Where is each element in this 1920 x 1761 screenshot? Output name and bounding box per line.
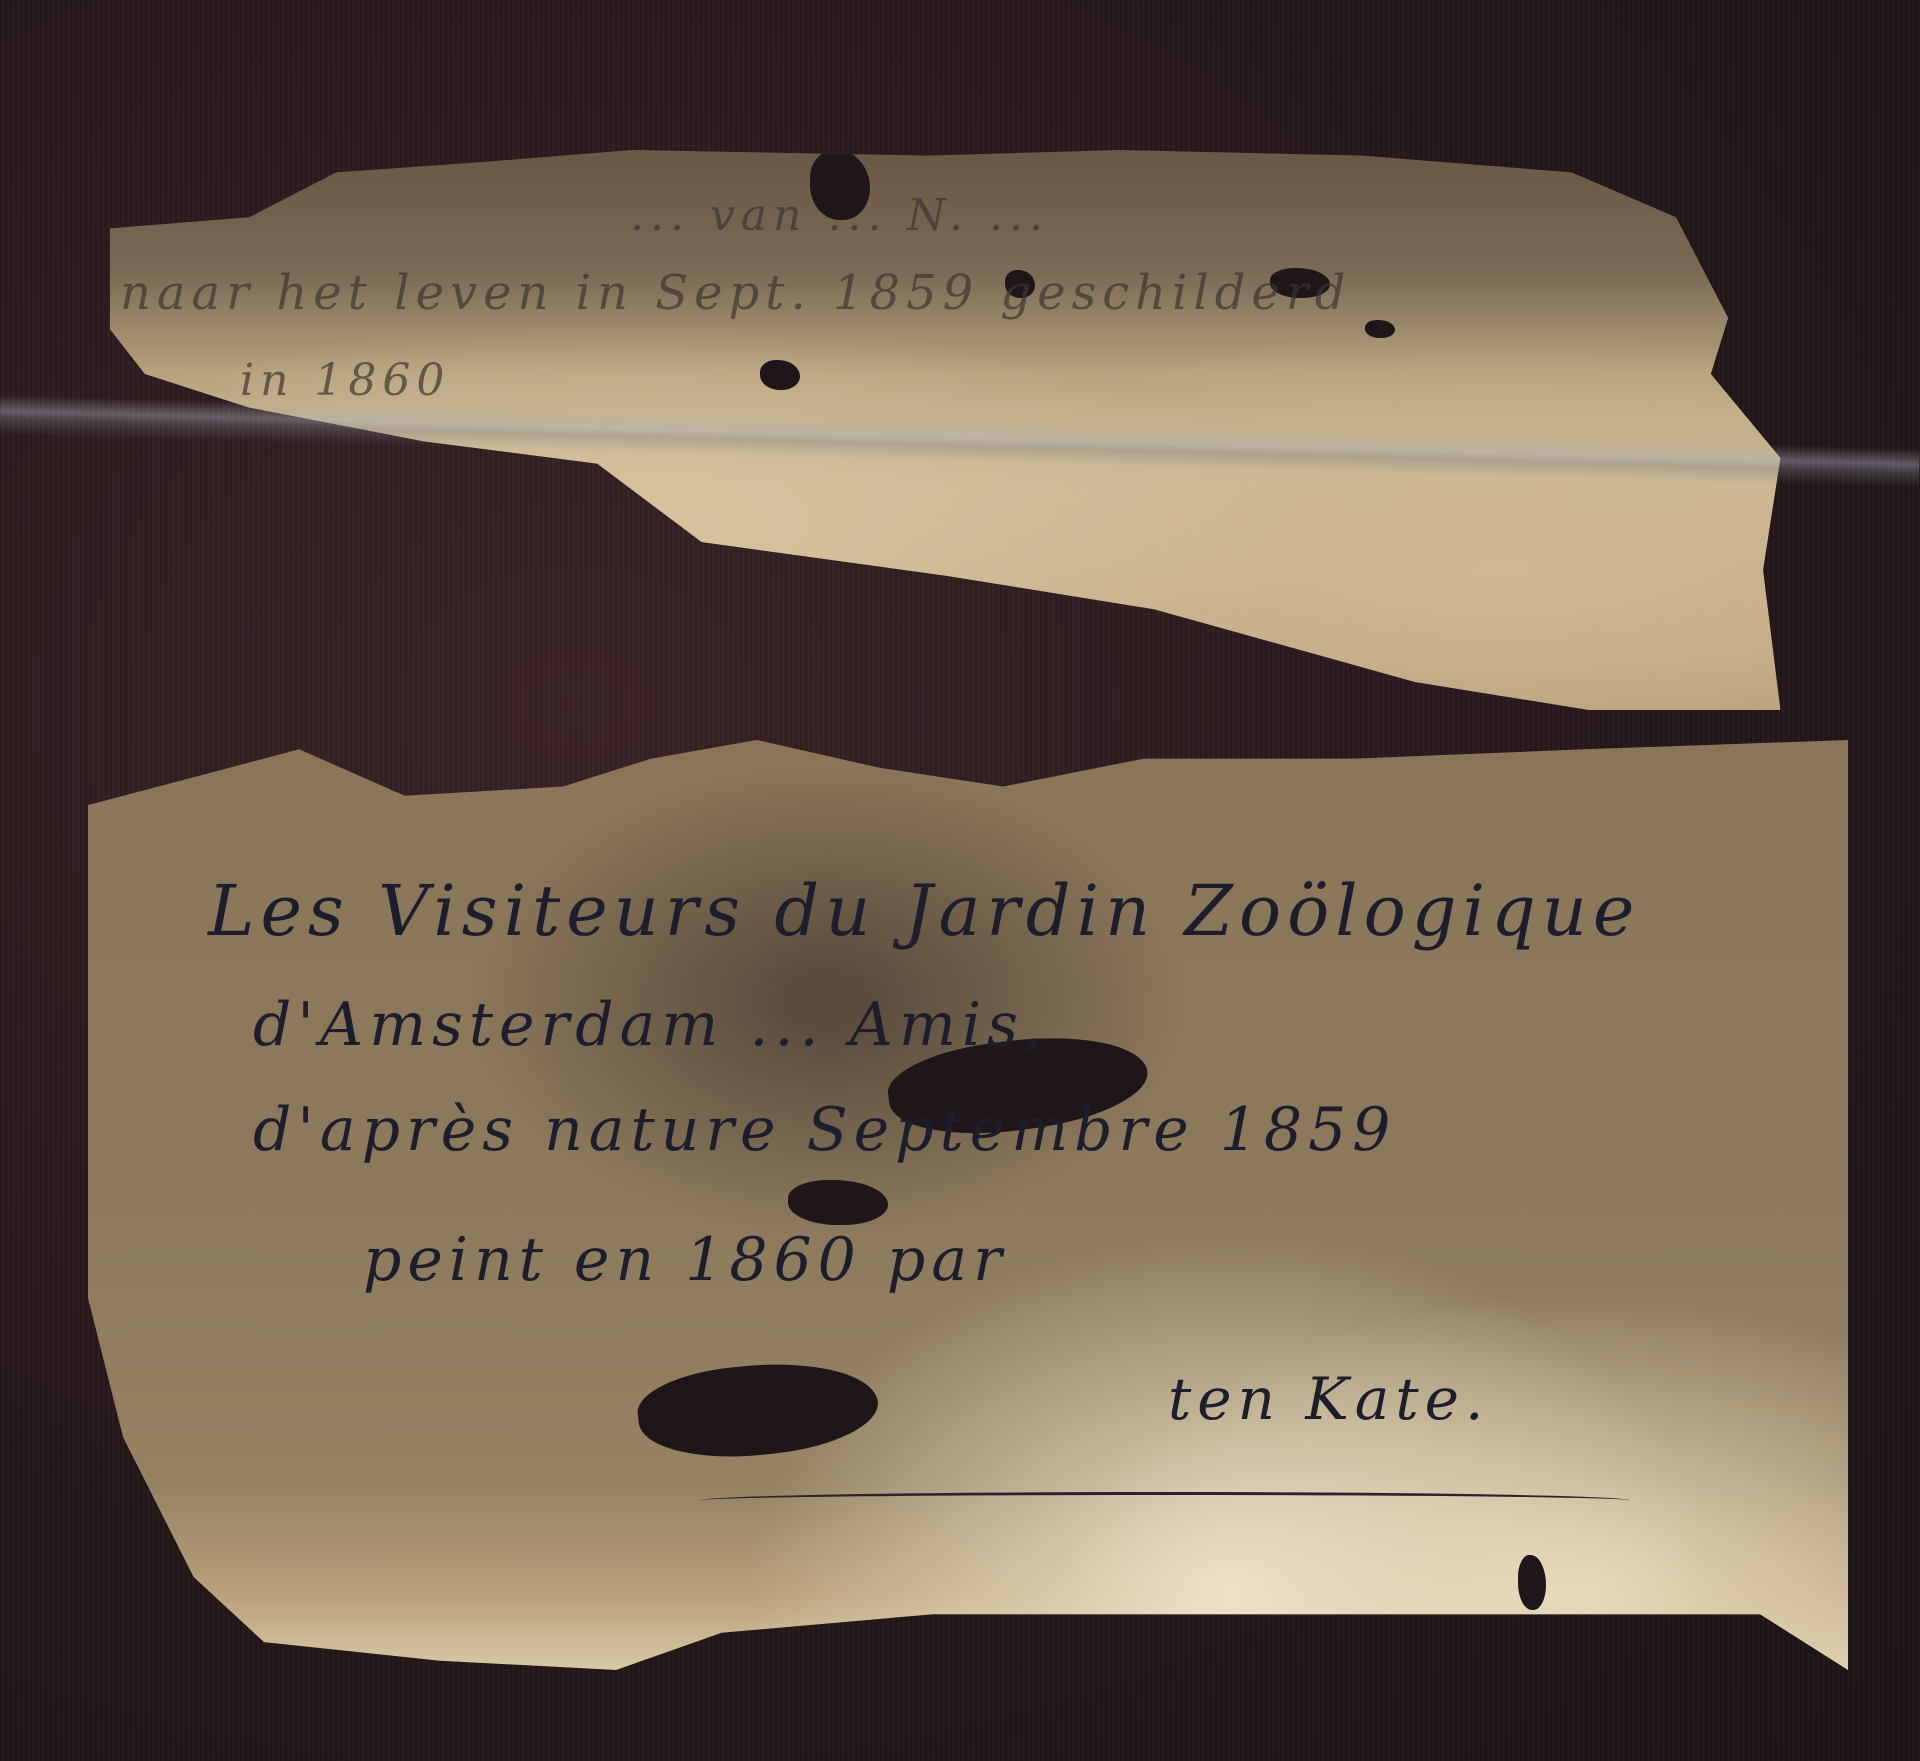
lower-label-line-2: d'Amsterdam ... Amis,	[253, 990, 1049, 1060]
upper-label-line-1: ... van ... N. ...	[630, 190, 1049, 241]
upper-label-line-3: in 1860	[240, 355, 450, 406]
signature: ten Kate.	[1168, 1365, 1489, 1433]
lower-label-line-1: Les Visiteurs du Jardin Zoölogique	[208, 870, 1640, 952]
lower-paper-label: Les Visiteurs du Jardin Zoölogique d'Ams…	[88, 740, 1848, 1670]
ink-stain	[634, 1353, 882, 1468]
paper-tear	[788, 1180, 888, 1225]
upper-label-line-2: naar het leven in Sept. 1859 geschilderd	[120, 265, 1352, 321]
paper-tear	[1365, 320, 1395, 338]
lower-label-line-4: peint en 1860 par	[363, 1225, 1008, 1295]
signature-underline	[700, 1492, 1630, 1509]
paper-tear	[760, 360, 800, 390]
lower-label-line-3: d'après nature Septembre 1859	[253, 1095, 1396, 1165]
paper-tear	[1518, 1555, 1546, 1610]
